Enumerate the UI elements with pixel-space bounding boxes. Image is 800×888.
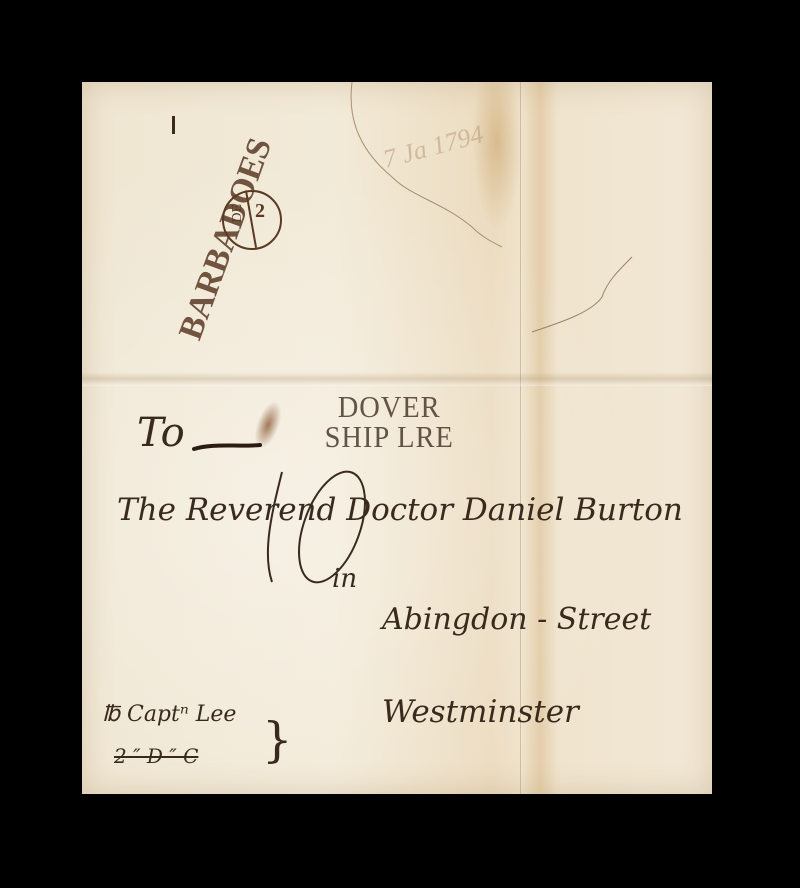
paper-crease (522, 252, 642, 342)
dover-line: DOVER (325, 392, 454, 422)
address-in: in (332, 564, 357, 594)
bishop-datestamp: DE 2 (222, 190, 282, 250)
horizontal-fold (82, 372, 712, 386)
ship-lre-line: SHIP LRE (325, 422, 454, 452)
dover-ship-lettre-handstamp: DOVER SHIP LRE (319, 392, 459, 452)
brace-mark: } (262, 712, 293, 768)
carrier-rate-note: 2 ″ D ″ C (114, 744, 198, 768)
datestamp-month: DE (230, 204, 246, 223)
letter-cover: BARBADOES DE 2 7 Ja 1794 DOVER SHIP LRE … (82, 82, 712, 794)
address-city: Westminster (382, 694, 579, 730)
carrier-note: ℔ Captⁿ Lee (102, 702, 236, 727)
addressee-name: The Reverend Doctor Daniel Burton (117, 492, 683, 528)
salutation: To (137, 410, 185, 456)
ink-tick-mark (172, 116, 175, 134)
address-street: Abingdon - Street (382, 602, 651, 637)
datestamp-day: 2 (255, 200, 265, 223)
paper-tear (332, 82, 532, 252)
salutation-flourish (192, 437, 262, 457)
